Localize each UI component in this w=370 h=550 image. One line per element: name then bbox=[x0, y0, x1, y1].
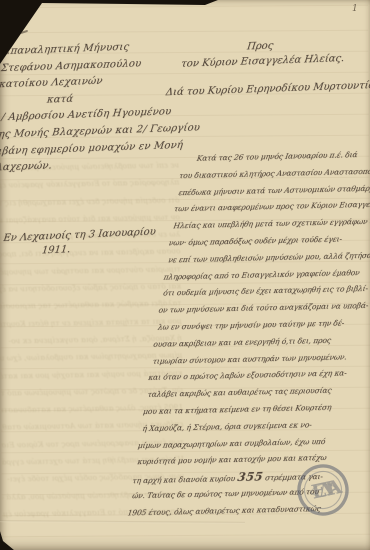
archive-stamp: ΕΛΙΑ bbox=[291, 458, 355, 522]
case-title-block: Επαναληπτική Μήνυσις Στεφάνου Ασημακοπού… bbox=[0, 38, 174, 177]
body-line-pre: τη αρχή και διανοία κυρίου bbox=[132, 474, 238, 485]
recipient-block: Προς τον Κύριον Εισαγγελέα Ηλείας. Διά τ… bbox=[165, 35, 370, 98]
document-page: νε επί των υποβληθεισών μηνύσεών μου, αλ… bbox=[0, 0, 370, 550]
page-number: 1 bbox=[352, 4, 358, 14]
scan-background: νε επί των υποβληθεισών μηνύσεών μου, αλ… bbox=[0, 0, 370, 550]
stremmata-number: 355 bbox=[236, 469, 264, 484]
